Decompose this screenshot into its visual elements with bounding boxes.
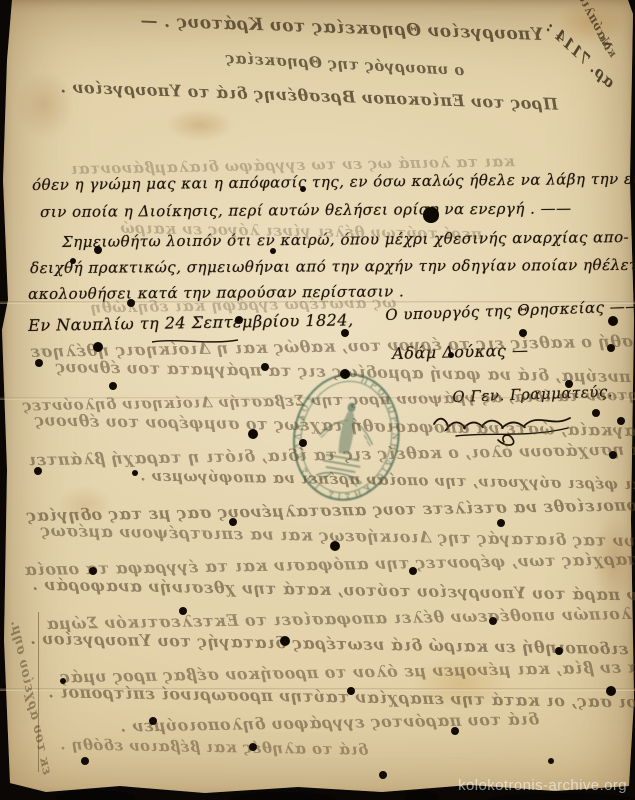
bottom-ink-blob (405, 791, 439, 800)
bottom-ink-blob (230, 792, 335, 800)
handwriting-line: ακολουθήσει κατά την παρούσαν περίστασιν… (28, 282, 404, 303)
handwriting-line: δειχθή πρακτικώς, σημειωθήναι από την αρ… (30, 256, 635, 277)
scanned-document: Υπουργείον Θρησκείας του Κράτους . — ο υ… (0, 0, 635, 800)
ink-blots (0, 0, 6, 6)
handwriting-line: σιν οποία η Διοίκησις, περί αυτών θελήσε… (40, 199, 572, 221)
bleed-corner-block: Ναύπλιον και αρ. 7114 : (544, 1, 631, 69)
bottom-ink-blob (488, 793, 635, 800)
archive-watermark: kolokotronis-archive.org (458, 777, 627, 794)
margin-rule-line (38, 612, 39, 772)
bottom-ink-blob (55, 790, 135, 800)
